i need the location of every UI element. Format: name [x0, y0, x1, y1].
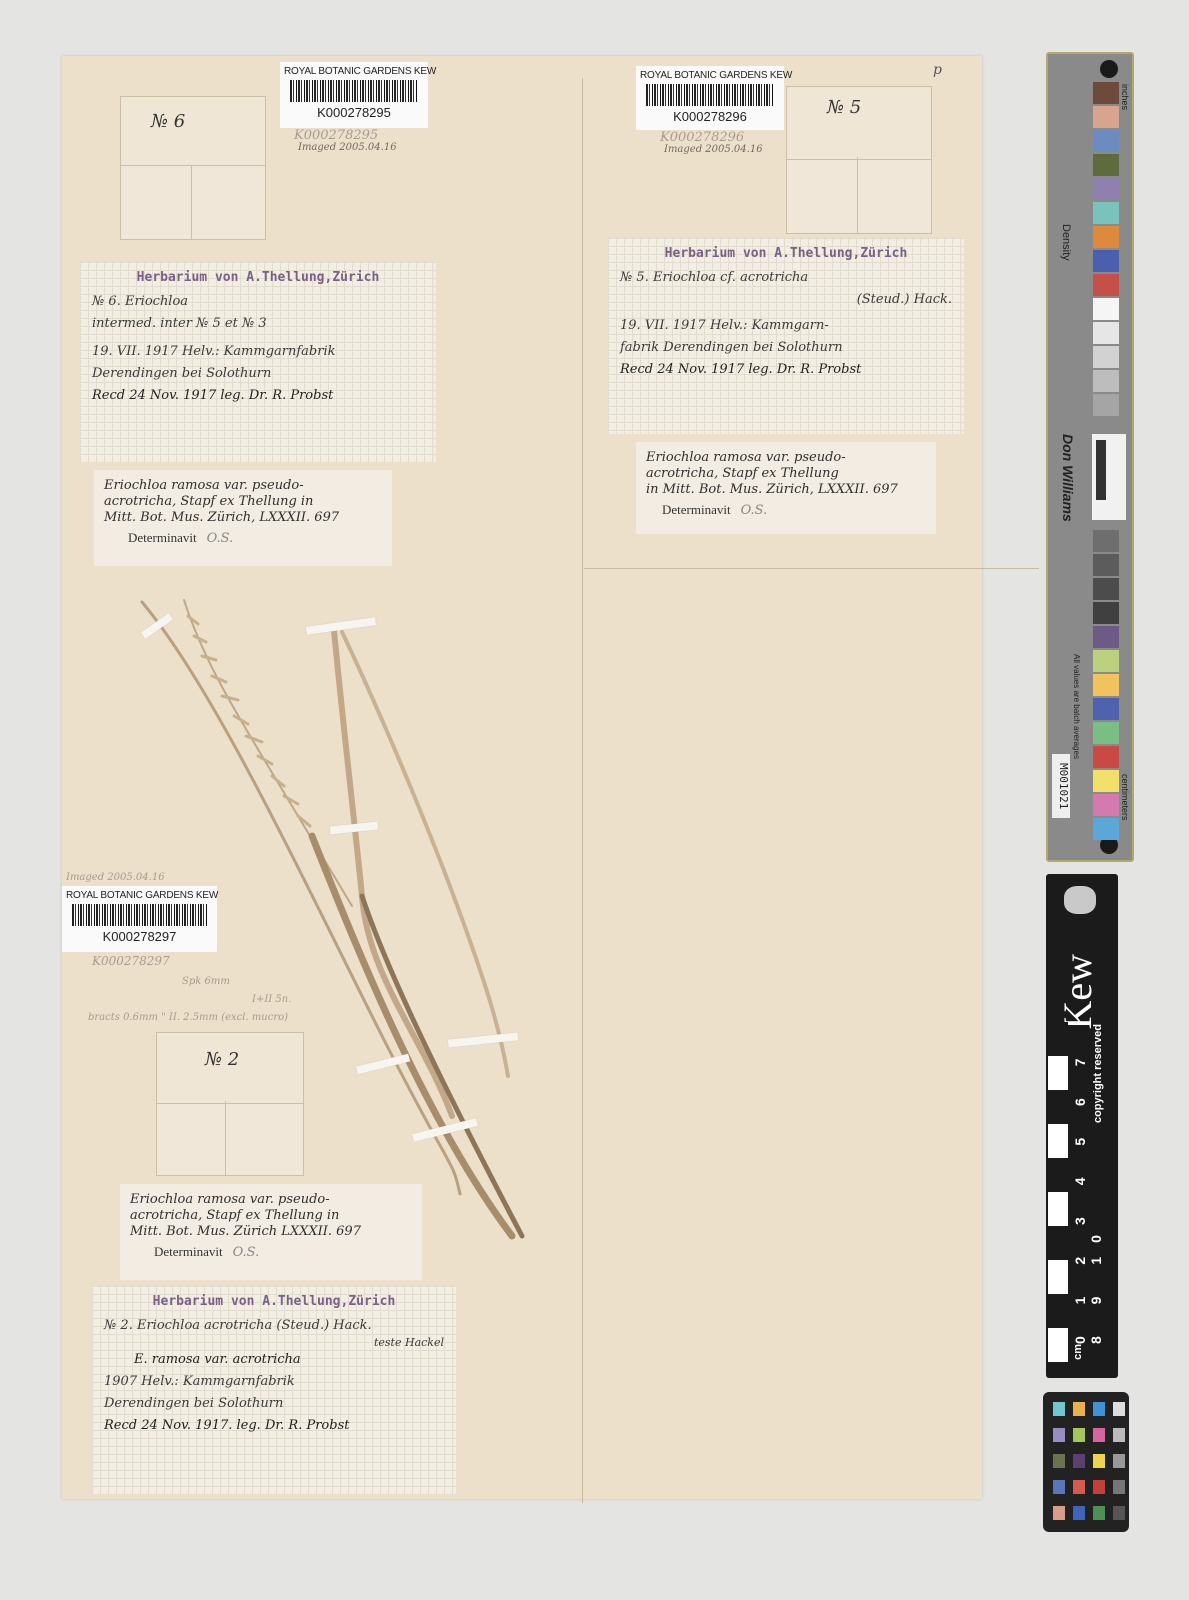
- label-line: (Steud.) Hack.: [620, 289, 952, 311]
- checker-patch: [1073, 1428, 1085, 1442]
- label-line: № 6. Eriochloa: [92, 291, 424, 313]
- determinavit-line: DeterminavitO.S.: [104, 530, 382, 546]
- determinavit-line: DeterminavitO.S.: [646, 502, 926, 518]
- color-swatch: [1093, 818, 1119, 840]
- bar-code-number: M001021: [1052, 754, 1070, 818]
- checker-patch: [1053, 1402, 1065, 1416]
- herbarium-sheet: p ROYAL BOTANIC GARDENS KEW K000278295 K…: [62, 56, 982, 1499]
- det-line: acrotricha, Stapf ex Thellung in: [104, 494, 382, 510]
- grass-specimen-icon: [122, 596, 562, 1276]
- color-swatch: [1093, 650, 1119, 672]
- checker-patch: [1093, 1506, 1105, 1520]
- seed-packet-5: № 5: [786, 86, 932, 234]
- checker-patch: [1073, 1506, 1085, 1520]
- checker-gray-patch: [1113, 1402, 1125, 1416]
- unit-label: cm: [1072, 1344, 1084, 1360]
- color-swatch: [1093, 370, 1119, 392]
- color-swatch: [1093, 346, 1119, 368]
- color-swatch: [1093, 178, 1119, 200]
- barcode-number: K000278296: [640, 109, 780, 124]
- seed-packet-6: № 6: [120, 96, 266, 240]
- inches-label: inches: [1120, 84, 1130, 110]
- checker-patch: [1093, 1454, 1105, 1468]
- label-line: E. ramosa var. acrotricha: [104, 1349, 444, 1371]
- label-line: 1907 Helv.: Kammgarnfabrik: [104, 1371, 444, 1393]
- color-swatch: [1093, 322, 1119, 344]
- collection-label-5: Herbarium von A.Thellung,Zürich № 5. Eri…: [608, 238, 964, 434]
- color-calibration-bar: inches Density Don Williams All values a…: [1046, 52, 1134, 862]
- side-note: All values are batch averages: [1072, 654, 1081, 759]
- sheet-fold-horizontal: [584, 568, 1039, 569]
- density-label: Density: [1060, 224, 1072, 261]
- determinavit-text: Determinavit: [128, 530, 197, 545]
- barcode-number: K000278295: [284, 105, 424, 120]
- label-line: № 5. Eriochloa cf. acrotricha: [620, 267, 952, 289]
- kew-logo: Kew: [1054, 954, 1101, 1030]
- det-line: in Mitt. Bot. Mus. Zürich, LXXXII. 697: [646, 482, 926, 498]
- label-line: 19. VII. 1917 Helv.: Kammgarn-: [620, 315, 952, 337]
- herbarium-stamp: Herbarium von A.Thellung,Zürich: [92, 270, 424, 285]
- color-swatch: [1093, 770, 1119, 792]
- determiner-signature: O.S.: [207, 531, 234, 546]
- color-swatch: [1093, 722, 1119, 744]
- color-swatch: [1093, 554, 1119, 576]
- determinavit-text: Determinavit: [662, 502, 731, 517]
- packet-number: № 5: [827, 97, 861, 118]
- checker-patch: [1093, 1428, 1105, 1442]
- herbarium-stamp: Herbarium von A.Thellung,Zürich: [620, 246, 952, 261]
- color-swatch: [1093, 698, 1119, 720]
- corner-mark: p: [933, 62, 942, 78]
- checker-patch: [1053, 1428, 1065, 1442]
- collection-label-6: Herbarium von A.Thellung,Zürich № 6. Eri…: [80, 262, 436, 462]
- packet-number: № 6: [151, 111, 185, 132]
- barcode-label-2: ROYAL BOTANIC GARDENS KEW K000278296: [636, 66, 784, 130]
- label-line: intermed. inter № 5 et № 3: [92, 313, 424, 335]
- checker-patch: [1073, 1402, 1085, 1416]
- crest-icon: [1064, 886, 1096, 914]
- color-swatch: [1093, 626, 1119, 648]
- collection-label-2: Herbarium von A.Thellung,Zürich № 2. Eri…: [92, 1286, 456, 1494]
- color-swatch: [1093, 602, 1119, 624]
- color-swatch: [1093, 130, 1119, 152]
- barcode-label-1: ROYAL BOTANIC GARDENS KEW K000278295: [280, 62, 428, 128]
- imaged-note-2: Imaged 2005.04.16: [664, 144, 763, 155]
- kew-scale-bar: Kew 0 1 2 3 4 5 6 7 8 9 10 copyright res…: [1046, 874, 1118, 1378]
- barcode-institution: ROYAL BOTANIC GARDENS KEW: [284, 66, 424, 77]
- barcode-icon: [646, 84, 774, 106]
- color-swatch: [1093, 154, 1119, 176]
- checker-gray-patch: [1113, 1480, 1125, 1494]
- checker-patch: [1093, 1402, 1105, 1416]
- color-swatch: [1093, 530, 1119, 552]
- checker-patch: [1093, 1480, 1105, 1494]
- color-swatch: [1093, 794, 1119, 816]
- color-swatch: [1093, 82, 1119, 104]
- label-line: № 2. Eriochloa acrotricha (Steud.) Hack.: [104, 1315, 444, 1337]
- color-swatch: [1093, 202, 1119, 224]
- label-line: fabrik Derendingen bei Solothurn: [620, 337, 952, 359]
- resolution-target: [1092, 434, 1126, 520]
- color-checker-card: [1043, 1392, 1129, 1532]
- checker-gray-patch: [1113, 1428, 1125, 1442]
- label-line: teste Hackel: [104, 1337, 444, 1349]
- color-swatch: [1093, 394, 1119, 416]
- centimeters-label: centimeters: [1120, 774, 1130, 821]
- sheet-fold-vertical: [582, 78, 583, 1503]
- color-swatch: [1093, 106, 1119, 128]
- color-swatch: [1093, 578, 1119, 600]
- imaged-note-1: Imaged 2005.04.16: [298, 142, 397, 153]
- pencil-code-1: K000278295: [294, 128, 378, 143]
- bar-hole-icon: [1100, 60, 1118, 78]
- label-line: Derendingen bei Solothurn: [92, 363, 424, 385]
- pencil-code-2: K000278296: [660, 130, 744, 145]
- label-line: Recd 24 Nov. 1917. leg. Dr. R. Probst: [104, 1415, 444, 1437]
- color-swatch: [1093, 746, 1119, 768]
- color-swatch: [1093, 250, 1119, 272]
- determination-slip-2: Eriochloa ramosa var. pseudo- acrotricha…: [636, 442, 936, 534]
- copyright-text: copyright reserved: [1092, 1024, 1104, 1123]
- det-line: Eriochloa ramosa var. pseudo-: [104, 478, 382, 494]
- herbarium-stamp: Herbarium von A.Thellung,Zürich: [104, 1294, 444, 1309]
- brand-label: Don Williams: [1060, 434, 1076, 522]
- checker-gray-patch: [1113, 1506, 1125, 1520]
- label-line: Recd 24 Nov. 1917 leg. Dr. R. Probst: [620, 359, 952, 381]
- label-line: 19. VII. 1917 Helv.: Kammgarnfabrik: [92, 341, 424, 363]
- barcode-institution: ROYAL BOTANIC GARDENS KEW: [640, 70, 780, 81]
- color-swatch: [1093, 274, 1119, 296]
- color-swatch: [1093, 674, 1119, 696]
- checker-patch: [1053, 1480, 1065, 1494]
- checker-patch: [1073, 1480, 1085, 1494]
- barcode-icon: [290, 80, 418, 102]
- det-line: acrotricha, Stapf ex Thellung: [646, 466, 926, 482]
- det-line: Eriochloa ramosa var. pseudo-: [646, 450, 926, 466]
- label-line: Recd 24 Nov. 1917 leg. Dr. R. Probst: [92, 385, 424, 407]
- color-swatch: [1093, 298, 1119, 320]
- color-swatch: [1093, 226, 1119, 248]
- label-line: Derendingen bei Solothurn: [104, 1393, 444, 1415]
- ruler-ticks: 0 1 2 3 4 5 6 7 8 9 10: [1072, 1024, 1090, 1344]
- determiner-signature: O.S.: [741, 503, 768, 518]
- checker-patch: [1053, 1454, 1065, 1468]
- checker-gray-patch: [1113, 1454, 1125, 1468]
- det-line: Mitt. Bot. Mus. Zürich, LXXXII. 697: [104, 510, 382, 526]
- determination-slip-1: Eriochloa ramosa var. pseudo- acrotricha…: [94, 470, 392, 566]
- cm-ruler: [1048, 1022, 1068, 1362]
- checker-patch: [1053, 1506, 1065, 1520]
- checker-patch: [1073, 1454, 1085, 1468]
